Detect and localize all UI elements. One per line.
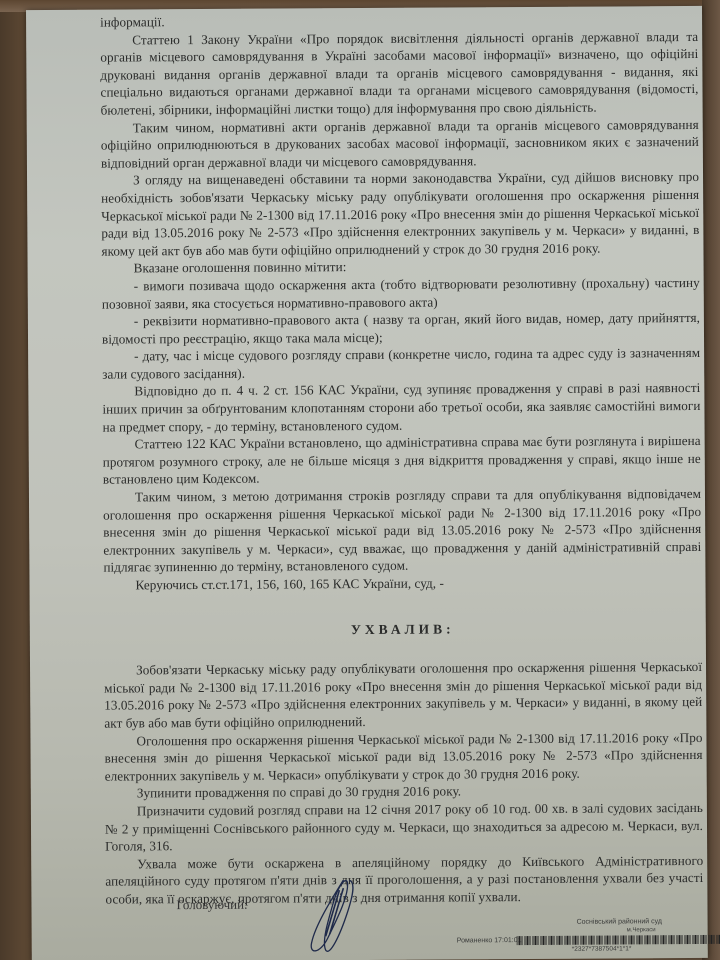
paragraph: Керуючись ст.ст.171, 156, 160, 165 КАС У… [103,573,701,594]
paragraph: Відповідно до п. 4 ч. 2 ст. 156 КАС Укра… [102,379,700,435]
paragraph: Статтею 122 КАС України встановлено, що … [103,432,701,488]
list-item: - реквізити нормативно-правового акта ( … [102,309,700,348]
list-item: - дату, час і місце судового розгляду сп… [102,344,700,383]
paragraph: Таким чином, нормативні акти органів дер… [101,116,699,172]
court-stamp: Соснівський районний суд м.Черкаси Роман… [457,918,720,960]
ruling-heading: УХВАЛИВ: [104,619,702,640]
paragraph: Таким чином, з метою дотримання строків … [103,485,702,577]
signature-icon [303,876,373,956]
barcode-number: *2327*7387504*1*1* [572,945,632,952]
presiding-judge-label: Головуючий: [176,897,247,913]
paragraph: З огляду на вищенаведені обставини та но… [101,168,700,260]
barcode-icon [517,935,720,945]
ruling-paragraph: Оголошення про оскарження рішення Черкас… [104,729,702,785]
document-body: інформації. Статтею 1 Закону України «Пр… [100,10,703,908]
ruling-paragraph: Призначити судовий розгляд справи на 12 … [105,799,703,855]
stamp-city: м.Черкаси [627,927,656,933]
stamp-id: Романенко 17:01:01 [457,937,522,944]
stamp-court-name: Соснівський районний суд [577,918,662,926]
paragraph: Статтею 1 Закону України «Про порядок ви… [100,28,699,120]
list-item: - вимоги позивача щодо оскарження акта (… [102,274,700,313]
document-page: інформації. Статтею 1 Закону України «Пр… [26,6,708,960]
ruling-paragraph: Зобов'язати Черкаську міську раду опублі… [104,658,702,732]
